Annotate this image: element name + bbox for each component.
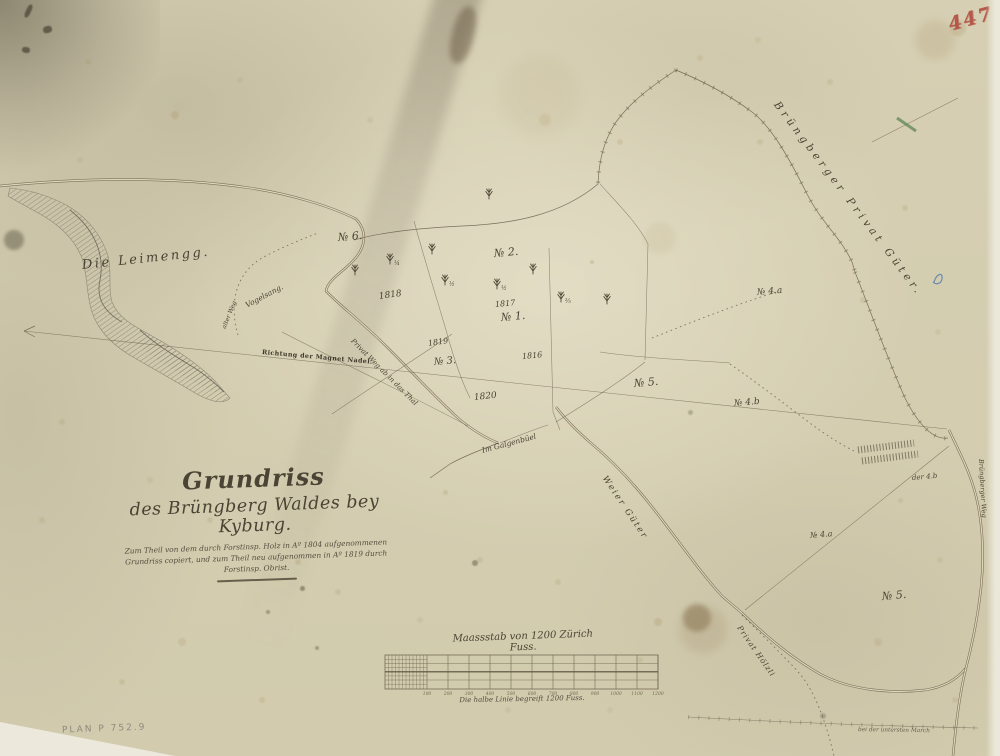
scale-tick-label: 500 (507, 692, 516, 697)
map-sheet: ¼½½⅖ Die Leimengg.Vogelsang.alter WegRic… (0, 0, 1000, 756)
scale-tick-label: 200 (444, 692, 453, 697)
scale-tick-label: 300 (465, 692, 474, 697)
scale-tick-labels: 100200300400500600700800900100011001200 (0, 0, 1000, 756)
scale-tick-label: 400 (486, 692, 495, 697)
scan-edge-right (986, 0, 1000, 756)
scale-tick-label: 600 (528, 692, 537, 697)
scale-tick-label: 800 (570, 692, 579, 697)
scale-tick-label: 1100 (631, 692, 642, 697)
scale-tick-label: 900 (591, 692, 600, 697)
scale-tick-label: 1000 (610, 692, 621, 697)
scale-tick-label: 1200 (652, 692, 663, 697)
scale-tick-label: 700 (549, 692, 558, 697)
scale-tick-label: 100 (423, 692, 432, 697)
